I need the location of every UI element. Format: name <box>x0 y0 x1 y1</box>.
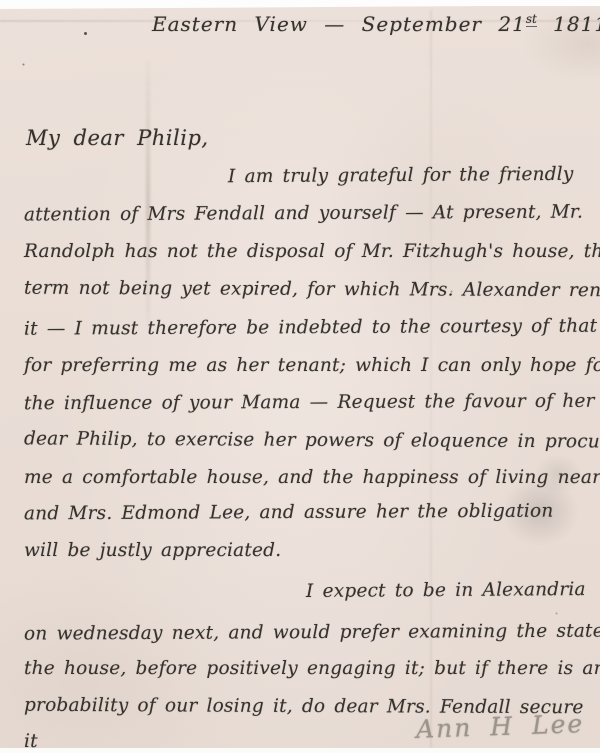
letter-line: for preferring me as her tenant; which I… <box>24 355 600 376</box>
dateline: Eastern View — September 21st 1811 — <box>152 12 600 36</box>
dateline-ordinal: st <box>526 12 537 27</box>
salutation: My dear Philip, <box>26 126 209 150</box>
letter-line: it <box>24 731 38 752</box>
letter-line: dear Philip, to exercise her powers of e… <box>24 428 600 452</box>
pencil-annotation: Ann H Lee <box>416 709 585 744</box>
letter-line: I am truly grateful for the friendly <box>228 164 574 187</box>
letter-line: it — I must therefore be indebted to the… <box>24 315 600 339</box>
letter-scan: Eastern View — September 21st 1811 — My … <box>0 0 600 753</box>
letter-line: attention of Mrs Fendall and yourself — … <box>24 202 583 226</box>
dateline-place-date: Eastern View — September 21 <box>152 12 526 36</box>
letter-line: the influence of your Mama — Request the… <box>24 391 595 414</box>
letter-line: on wednesday next, and would prefer exam… <box>24 620 600 644</box>
letter-line: Randolph has not the disposal of Mr. Fit… <box>24 241 600 262</box>
letter-line: the house, before positively engaging it… <box>24 658 600 679</box>
letter-line: and Mrs. Edmond Lee, and assure her the … <box>24 501 554 525</box>
letter-line: term not being yet expired, for which Mr… <box>24 278 600 302</box>
letter-line: I expect to be in Alexandria <box>306 579 586 602</box>
dateline-year: 1811 — <box>553 12 600 36</box>
letter-line: will be justly appreciated. <box>24 540 281 561</box>
letter-text-layer: Eastern View — September 21st 1811 — My … <box>0 0 600 753</box>
letter-line: me a comfortable house, and the happines… <box>24 467 600 488</box>
